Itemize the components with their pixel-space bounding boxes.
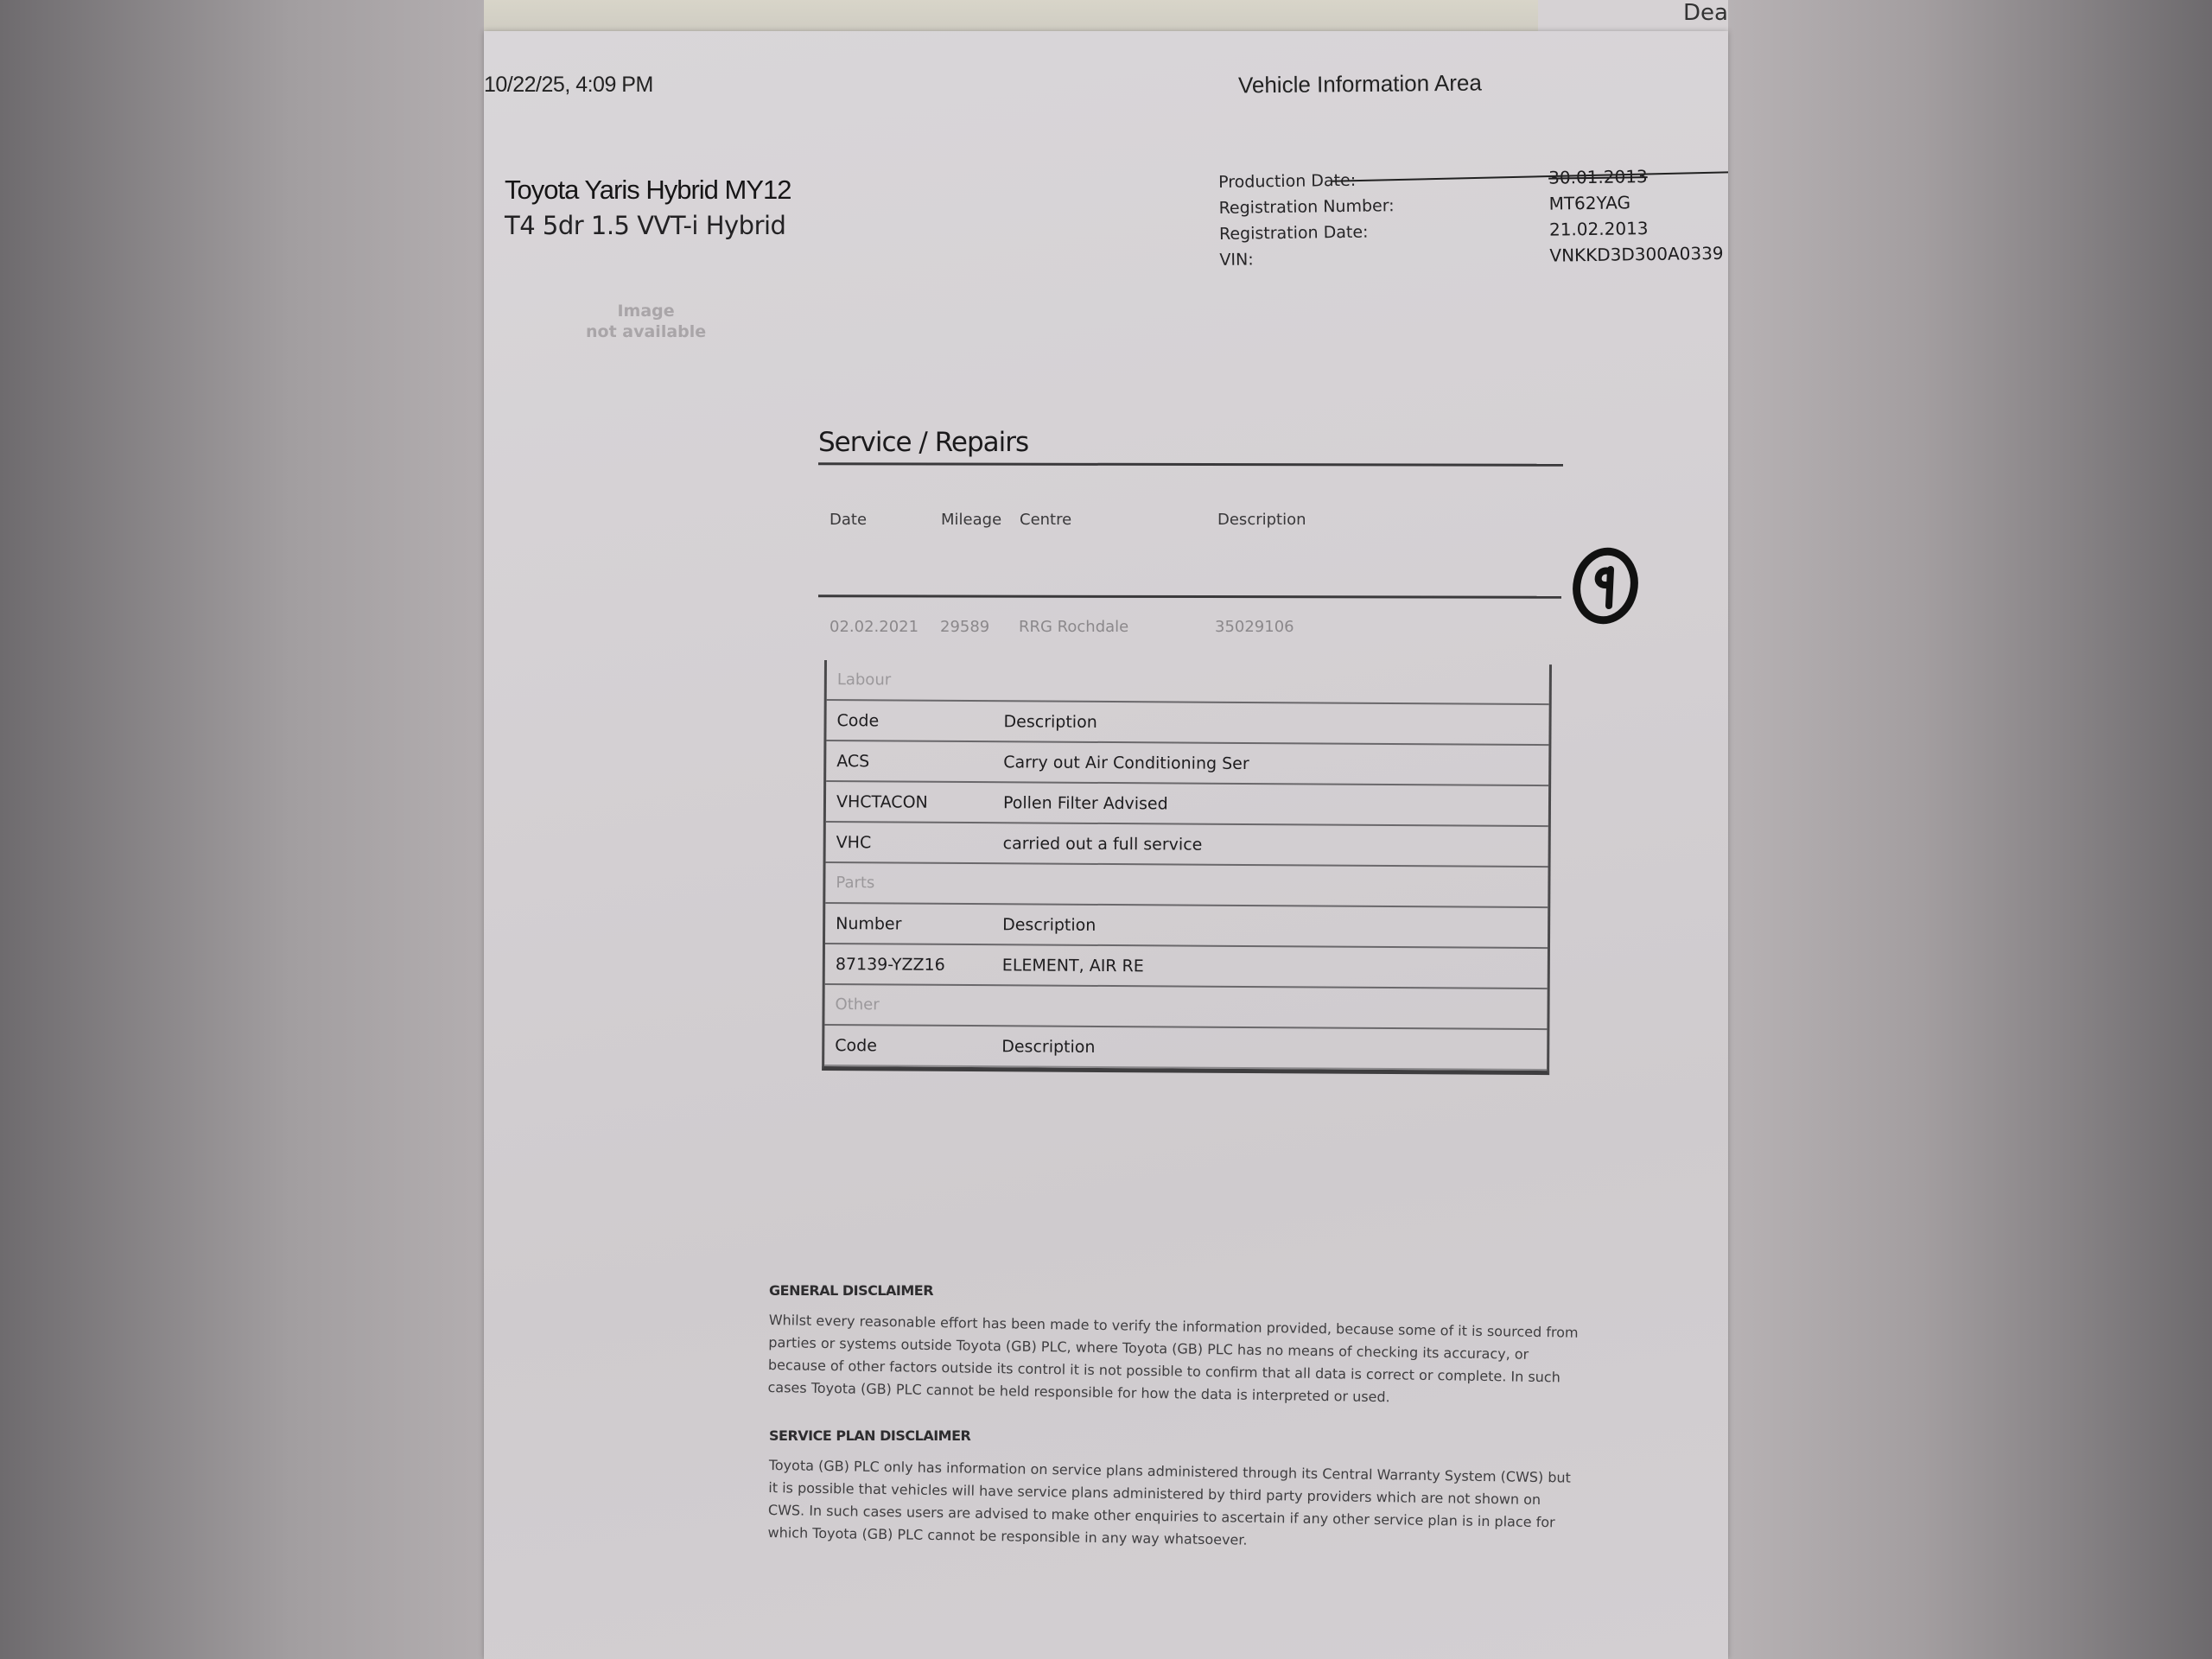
info-label: Registration Date: [1219,220,1549,244]
part-number: 87139-YZZ16 [825,955,1002,975]
header-description: Description [1004,712,1549,734]
other-section-label: Other [824,985,1547,1030]
disclaimer-body: Toyota (GB) PLC only has information on … [767,1454,1581,1557]
image-placeholder-line2: not available [586,321,706,342]
column-header-description: Description [1217,511,1306,529]
print-timestamp: 10/22/25, 4:09 PM [484,73,653,98]
column-header-date: Date [829,511,867,529]
service-detail-table: Labour Code Description ACS Carry out Ai… [822,660,1552,1075]
header-description: Description [1002,915,1548,938]
info-value: MT62YAG [1548,191,1728,214]
image-placeholder: Image not available [586,301,706,342]
disclaimer-title: SERVICE PLAN DISCLAIMER [769,1427,1581,1444]
desk-surface [484,0,1538,33]
labour-code: ACS [826,752,1003,772]
part-description: ELEMENT, AIR RE [1002,956,1548,978]
vehicle-info-block: Production Date: 30.01.2013 Registration… [1218,162,1728,273]
disclaimer-body: Whilst every reasonable effort has been … [767,1309,1581,1412]
handwritten-circled-number-icon [1571,545,1640,626]
labour-description: carried out a full service [1003,834,1548,856]
labour-header-row: Code Description [826,701,1548,746]
labour-description: Pollen Filter Advised [1003,793,1548,816]
info-value: 21.02.2013 [1549,217,1728,240]
printed-page: 10/22/25, 4:09 PM Vehicle Information Ar… [484,31,1728,1659]
image-placeholder-line1: Image [586,301,706,321]
labour-code: VHC [826,833,1003,853]
general-disclaimer: GENERAL DISCLAIMER Whilst every reasonab… [769,1282,1581,1399]
header-number: Number [825,914,1002,934]
info-label: Registration Number: [1218,194,1548,218]
column-header-mileage: Mileage [941,511,1001,529]
table-row: VHCTACON Pollen Filter Advised [826,782,1548,827]
underlying-sheet-text: Dea [1683,0,1728,26]
vehicle-name: Toyota Yaris Hybrid MY12 [505,175,791,206]
parts-section-label: Parts [825,863,1548,908]
service-centre: RRG Rochdale [1019,618,1128,636]
table-row: 87139-YZZ16 ELEMENT, AIR RE [825,944,1548,989]
background-right [1728,0,2212,1659]
labour-code: VHCTACON [826,792,1003,812]
divider [818,594,1561,598]
other-header-row: Code Description [824,1026,1547,1071]
section-title: Service / Repairs [818,427,1028,458]
info-label: VIN: [1219,246,1549,270]
background-left [0,0,484,1659]
parts-header-row: Number Description [825,904,1548,949]
header-code: Code [827,711,1004,731]
area-title: Vehicle Information Area [1238,70,1482,99]
disclaimer-title: GENERAL DISCLAIMER [769,1282,1581,1299]
divider [818,462,1563,467]
table-row: ACS Carry out Air Conditioning Ser [826,741,1548,786]
column-header-centre: Centre [1020,511,1071,529]
info-value: VNKKD3D300A0339 [1549,243,1728,266]
service-mileage: 29589 [940,618,989,636]
header-code: Code [824,1036,1001,1056]
header-description: Description [1001,1037,1547,1059]
vehicle-variant: T4 5dr 1.5 VVT-i Hybrid [505,211,785,240]
service-plan-disclaimer: SERVICE PLAN DISCLAIMER Toyota (GB) PLC … [769,1427,1581,1544]
service-description: 35029106 [1215,618,1294,636]
labour-section-label: Labour [827,660,1549,705]
service-date: 02.02.2021 [829,618,918,636]
table-row: VHC carried out a full service [826,823,1548,868]
labour-description: Carry out Air Conditioning Ser [1003,753,1548,775]
